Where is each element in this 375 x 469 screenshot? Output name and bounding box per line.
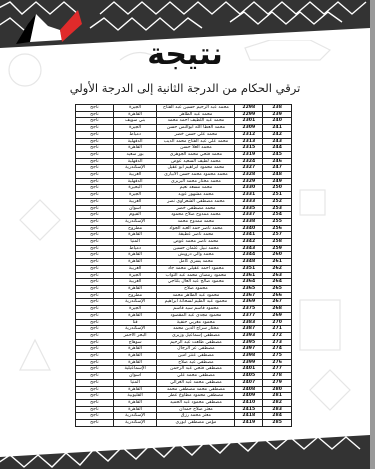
governorate-cell: الدقهلية — [113, 138, 157, 145]
code-cell: 2301 — [235, 118, 263, 125]
code-cell: 2419 — [235, 420, 263, 427]
table-row: 2572341محمد ناصر عطيفةالقاهرةناجح — [76, 232, 292, 239]
governorate-cell: الجيزة — [113, 125, 157, 132]
governorate-cell: القاهرة — [113, 232, 157, 239]
governorate-cell: الغربية — [113, 279, 157, 286]
governorate-cell: الغربية — [113, 198, 157, 205]
name-cell: مصطفى محمد مصطفى محمد — [157, 386, 235, 393]
page-title: نتيجة — [0, 38, 370, 72]
name-cell: محمد والي درويش — [157, 252, 235, 259]
name-cell: مصطفى محمود عبد الحميد — [157, 399, 235, 406]
serial-cell: 271 — [263, 326, 292, 333]
name-cell: مؤمن مصطفى ابوري — [157, 420, 235, 427]
status-cell: ناجح — [76, 406, 114, 413]
serial-cell: 264 — [263, 279, 292, 286]
serial-cell: 267 — [263, 299, 292, 306]
serial-cell: 254 — [263, 212, 292, 219]
code-cell: 2383 — [235, 319, 263, 326]
status-cell: ناجح — [76, 192, 114, 199]
code-cell: 2393 — [235, 332, 263, 339]
name-cell: معتز صلاح حمدان — [157, 406, 235, 413]
name-cell: مصطفى عيد صلاح — [157, 359, 235, 366]
name-cell: مختار سراج الدين محمد — [157, 326, 235, 333]
table-row: 2762399مصطفى عيد صلاحالقاهرةناجح — [76, 359, 292, 366]
governorate-cell: الإسماعيلية — [113, 366, 157, 373]
serial-cell: 242 — [263, 131, 292, 138]
name-cell: محمد عبد اللطيف احمد محمد — [157, 118, 235, 125]
name-cell: محمد مسعد نعيم — [157, 185, 235, 192]
governorate-cell: القاهرة — [113, 312, 157, 319]
status-cell: ناجح — [76, 165, 114, 172]
code-cell: 2330 — [235, 185, 263, 192]
serial-cell: 262 — [263, 265, 292, 272]
code-cell: 2369 — [235, 299, 263, 306]
code-cell: 2375 — [235, 306, 263, 313]
table-row: 2832415معتز صلاح حمدانالقاهرةناجح — [76, 406, 292, 413]
code-cell: 2319 — [235, 151, 263, 158]
code-cell: 2328 — [235, 172, 263, 179]
serial-cell: 240 — [263, 118, 292, 125]
name-cell: محمود عبد الطاهر محمد — [157, 292, 235, 299]
governorate-cell: سوهاج — [113, 339, 157, 346]
status-cell: ناجح — [76, 306, 114, 313]
name-cell: معتز محمد رزق — [157, 413, 235, 420]
table-row: 2852419مؤمن مصطفى ابوريالإسكندريةناجح — [76, 420, 292, 427]
table-row: 2582342محمد ناصر محمد عوضالمنياناجح — [76, 239, 292, 246]
table-row: 2662367محمود عبد الطاهر محمدمطروحناجح — [76, 292, 292, 299]
code-cell: 2313 — [235, 138, 263, 145]
page-subtitle: ترقي الحكام من الدرجة الثانية إلى الدرجة… — [0, 80, 370, 96]
name-cell: مصطفى محمد عبد الغزالي — [157, 379, 235, 386]
governorate-cell: دمياط — [113, 245, 157, 252]
status-cell: ناجح — [76, 326, 114, 333]
name-cell: محمود مجدي عبد المقصود — [157, 312, 235, 319]
name-cell: محمد العلا حسن — [157, 145, 235, 152]
code-cell: 2324 — [235, 158, 263, 165]
governorate-cell: أسوان — [113, 373, 157, 380]
name-cell: مصطفى إسماعيل وزيري — [157, 332, 235, 339]
status-cell: ناجح — [76, 285, 114, 292]
serial-cell: 274 — [263, 346, 292, 353]
governorate-cell: دمياط — [113, 131, 157, 138]
serial-cell: 250 — [263, 185, 292, 192]
table-row: 2442315محمد العلا حسنالقاهرةناجح — [76, 145, 292, 152]
serial-cell: 251 — [263, 192, 292, 199]
code-cell: 2361 — [235, 272, 263, 279]
name-cell: محمد عبد الظاهر — [157, 111, 235, 118]
name-cell: محمد محمود محمد حسن الابياري — [157, 172, 235, 179]
governorate-cell: الجيزة — [113, 306, 157, 313]
code-cell: 2329 — [235, 178, 263, 185]
status-cell: ناجح — [76, 138, 114, 145]
serial-cell: 243 — [263, 138, 292, 145]
governorate-cell: الإسكندرية — [113, 299, 157, 306]
name-cell: محمود رمضان محمد عبد التواب — [157, 272, 235, 279]
table-row: 2682375محمود قاسم سيد قاسمالجيزةناجح — [76, 306, 292, 313]
name-cell: محمد مشهور عويد — [157, 192, 235, 199]
table-row: 2782405مصطفى محمد عليأسوانناجح — [76, 373, 292, 380]
status-cell: ناجح — [76, 172, 114, 179]
serial-cell: 284 — [263, 413, 292, 420]
code-cell: 2342 — [235, 239, 263, 246]
status-cell: ناجح — [76, 279, 114, 286]
name-cell: محمود قاسم سيد قاسم — [157, 306, 235, 313]
table-row: 2742397مصطفى عز الرجالالقاهرةناجح — [76, 346, 292, 353]
table-row: 2592343محمد نبيل عثمان حسيندمياطناجح — [76, 245, 292, 252]
table-row: 2692377محمود مجدي عبد المقصودالقاهرةناجح — [76, 312, 292, 319]
name-cell: مصطفى عز الرجال — [157, 346, 235, 353]
status-cell: ناجح — [76, 105, 114, 112]
status-cell: ناجح — [76, 373, 114, 380]
name-cell: مصطفى عنتر امين — [157, 353, 235, 360]
serial-cell: 246 — [263, 158, 292, 165]
serial-cell: 253 — [263, 205, 292, 212]
code-cell: 2399 — [235, 359, 263, 366]
table-row: 2552338محمد ممدوح محمدالإسكندريةناجح — [76, 218, 292, 225]
status-cell: ناجح — [76, 332, 114, 339]
name-cell: محمد ناصر محمد عوض — [157, 239, 235, 246]
name-cell: محمد ممدوح صلاح محمود — [157, 212, 235, 219]
status-cell: ناجح — [76, 111, 114, 118]
name-cell: محمد لطيف السعيد عوض — [157, 158, 235, 165]
status-cell: ناجح — [76, 252, 114, 259]
governorate-cell: الغربية — [113, 265, 157, 272]
name-cell: محمد علي حسن خضر — [157, 131, 235, 138]
governorate-cell: البحر الأحمر — [113, 332, 157, 339]
serial-cell: 282 — [263, 399, 292, 406]
governorate-cell: القاهرة — [113, 346, 157, 353]
table-row: 2702383محمود مغربي حنفيةقناناجح — [76, 319, 292, 326]
status-cell: ناجح — [76, 393, 114, 400]
table-row: 2532335محمد مصطفى خضرأسوانناجح — [76, 205, 292, 212]
serial-cell: 281 — [263, 393, 292, 400]
table-row: 2752398مصطفى عنتر امينالقاهرةناجح — [76, 353, 292, 360]
table-row: 2412309محمد العطا الله ابوالنس حسنالجيزة… — [76, 125, 292, 132]
status-cell: ناجح — [76, 259, 114, 266]
code-cell: 2367 — [235, 292, 263, 299]
governorate-cell: القاهرة — [113, 111, 157, 118]
serial-cell: 273 — [263, 339, 292, 346]
governorate-cell: الغربية — [113, 172, 157, 179]
governorate-cell: الجيزة — [113, 192, 157, 199]
code-cell: 2344 — [235, 252, 263, 259]
serial-cell: 268 — [263, 306, 292, 313]
serial-cell: 263 — [263, 272, 292, 279]
governorate-cell: قنا — [113, 319, 157, 326]
table-row: 2632361محمود رمضان محمد عبد التوابالجيزة… — [76, 272, 292, 279]
governorate-cell: الإسكندرية — [113, 413, 157, 420]
governorate-cell: الجيزة — [113, 105, 157, 112]
serial-cell: 247 — [263, 165, 292, 172]
governorate-cell: الإسكندرية — [113, 420, 157, 427]
code-cell: 2315 — [235, 145, 263, 152]
serial-cell: 270 — [263, 319, 292, 326]
code-cell: 2341 — [235, 232, 263, 239]
table-row: 2522333محمد مصطفى الشعراوي نصرالغربيةناج… — [76, 198, 292, 205]
serial-cell: 276 — [263, 359, 292, 366]
serial-cell: 272 — [263, 332, 292, 339]
status-cell: ناجح — [76, 131, 114, 138]
status-cell: ناجح — [76, 386, 114, 393]
table-row: 2502330محمد مسعد نعيمالبحيرةناجح — [76, 185, 292, 192]
governorate-cell: بور سعيد — [113, 151, 157, 158]
table-row: 2822410مصطفى محمود عبد الحميدالقاهرةناجح — [76, 399, 292, 406]
governorate-cell: القاهرة — [113, 252, 157, 259]
governorate-cell: مطروح — [113, 292, 157, 299]
name-cell: محمد يسري كامل — [157, 259, 235, 266]
code-cell: 2415 — [235, 406, 263, 413]
governorate-cell: القاهرة — [113, 359, 157, 366]
status-cell: ناجح — [76, 118, 114, 125]
table-row: 2602344محمد والي درويشالقاهرةناجح — [76, 252, 292, 259]
governorate-cell: أسوان — [113, 205, 157, 212]
table-row: 2772401مصطفى فتحي عبد الرحمنالإسماعيليةن… — [76, 366, 292, 373]
code-cell: 2335 — [235, 205, 263, 212]
name-cell: مصطفى محمد علي — [157, 373, 235, 380]
serial-cell: 260 — [263, 252, 292, 259]
code-cell: 2401 — [235, 366, 263, 373]
name-cell: محمد العطا الله ابوالنس حسن — [157, 125, 235, 132]
code-cell: 2312 — [235, 131, 263, 138]
status-cell: ناجح — [76, 319, 114, 326]
serial-cell: 256 — [263, 225, 292, 232]
code-cell: 2331 — [235, 192, 263, 199]
status-cell: ناجح — [76, 212, 114, 219]
status-cell: ناجح — [76, 272, 114, 279]
status-cell: ناجح — [76, 151, 114, 158]
governorate-cell: بني سويف — [113, 118, 157, 125]
code-cell: 2418 — [235, 413, 263, 420]
status-cell: ناجح — [76, 292, 114, 299]
document-page: نتيجة ترقي الحكام من الدرجة الثانية إلى … — [0, 0, 370, 469]
serial-cell: 283 — [263, 406, 292, 413]
serial-cell: 252 — [263, 198, 292, 205]
table-row: 2452319محمد فتحي محمد الجوهريبور سعيدناج… — [76, 151, 292, 158]
table-row: 2802408مصطفى محمد مصطفى محمدالقاهرةناجح — [76, 386, 292, 393]
table-row: 2792407مصطفى محمد عبد الغزاليالمنياناجح — [76, 379, 292, 386]
serial-cell: 249 — [263, 178, 292, 185]
status-cell: ناجح — [76, 158, 114, 165]
code-cell: 2299 — [235, 111, 263, 118]
name-cell: محمد محمود ابراهيم ابو عقيل — [157, 165, 235, 172]
code-cell: 2338 — [235, 218, 263, 225]
table-row: 2652365محمود صلاحالقاهرةناجح — [76, 285, 292, 292]
name-cell: محمد ناصر حمد العبد الجواد — [157, 225, 235, 232]
table-row: 2732395مصطفى طلعت عبد الرحيمسوهاجناجح — [76, 339, 292, 346]
status-cell: ناجح — [76, 399, 114, 406]
table-row: 2672369محمود عبد الظيم لسحاتة ابراهيمالإ… — [76, 299, 292, 306]
code-cell: 2343 — [235, 245, 263, 252]
status-cell: ناجح — [76, 413, 114, 420]
code-cell: 2333 — [235, 198, 263, 205]
name-cell: مصطفى فتحي عبد الرحمن — [157, 366, 235, 373]
governorate-cell: الفيوم — [113, 212, 157, 219]
code-cell: 2395 — [235, 339, 263, 346]
name-cell: محمود احمد عقيلي محمد جاد — [157, 265, 235, 272]
serial-cell: 261 — [263, 259, 292, 266]
serial-cell: 266 — [263, 292, 292, 299]
code-cell: 2337 — [235, 212, 263, 219]
code-cell: 2364 — [235, 279, 263, 286]
code-cell: 2409 — [235, 393, 263, 400]
serial-cell: 257 — [263, 232, 292, 239]
status-cell: ناجح — [76, 265, 114, 272]
serial-cell: 245 — [263, 151, 292, 158]
name-cell: محمود صالح عبد العال بلتاجي — [157, 279, 235, 286]
table-row: 2472327محمد محمود ابراهيم ابو عقيلالإسكن… — [76, 165, 292, 172]
governorate-cell: الجيزة — [113, 272, 157, 279]
governorate-cell: القاهرة — [113, 406, 157, 413]
status-cell: ناجح — [76, 239, 114, 246]
name-cell: مصطفى طلعت عبد الرحيم — [157, 339, 235, 346]
status-cell: ناجح — [76, 312, 114, 319]
code-cell: 2387 — [235, 326, 263, 333]
code-cell: 2407 — [235, 379, 263, 386]
status-cell: ناجح — [76, 346, 114, 353]
governorate-cell: القاهرة — [113, 145, 157, 152]
table-row: 2842418معتز محمد رزقالإسكندريةناجح — [76, 413, 292, 420]
table-row: 2542337محمد ممدوح صلاح محمودالفيومناجح — [76, 212, 292, 219]
status-cell: ناجح — [76, 245, 114, 252]
status-cell: ناجح — [76, 232, 114, 239]
status-cell: ناجح — [76, 366, 114, 373]
governorate-cell: القاهرة — [113, 386, 157, 393]
governorate-cell: المنيا — [113, 239, 157, 246]
code-cell: 2351 — [235, 265, 263, 272]
code-cell: 2405 — [235, 373, 263, 380]
serial-cell: 238 — [263, 105, 292, 112]
table-row: 2392299محمد عبد الظاهرالقاهرةناجح — [76, 111, 292, 118]
code-cell: 2398 — [235, 353, 263, 360]
status-cell: ناجح — [76, 379, 114, 386]
name-cell: محمد فتحي محمد الجوهري — [157, 151, 235, 158]
governorate-cell: القاهرة — [113, 399, 157, 406]
status-cell: ناجح — [76, 178, 114, 185]
table-row: 2422312محمد علي حسن خضردمياطناجح — [76, 131, 292, 138]
status-cell: ناجح — [76, 225, 114, 232]
code-cell: 2365 — [235, 285, 263, 292]
code-cell: 2397 — [235, 346, 263, 353]
status-cell: ناجح — [76, 353, 114, 360]
governorate-cell: المنيا — [113, 379, 157, 386]
code-cell: 2408 — [235, 386, 263, 393]
serial-cell: 278 — [263, 373, 292, 380]
table-row: 2642364محمود صالح عبد العال بلتاجيالغربي… — [76, 279, 292, 286]
table-row: 2482328محمد محمود محمد حسن الابياريالغرب… — [76, 172, 292, 179]
status-cell: ناجح — [76, 198, 114, 205]
name-cell: محمد نبيل عثمان حسين — [157, 245, 235, 252]
code-cell: 2340 — [235, 225, 263, 232]
governorate-cell: مطروح — [113, 225, 157, 232]
table-row: 2612348محمد يسري كاملالقاهرةناجح — [76, 259, 292, 266]
table-row: 2382298محمد عبد الرحيم حسين عبد الفتاحال… — [76, 105, 292, 112]
code-cell: 2348 — [235, 259, 263, 266]
code-cell: 2327 — [235, 165, 263, 172]
name-cell: محمد مصطفى خضر — [157, 205, 235, 212]
serial-cell: 265 — [263, 285, 292, 292]
table-row: 2512331محمد مشهور عويدالجيزةناجح — [76, 192, 292, 199]
serial-cell: 269 — [263, 312, 292, 319]
table-row: 2562340محمد ناصر حمد العبد الجوادمطروحنا… — [76, 225, 292, 232]
vertical-scrollbar[interactable] — [370, 0, 375, 469]
table-row: 2622351محمود احمد عقيلي محمد جادالغربيةن… — [76, 265, 292, 272]
serial-cell: 255 — [263, 218, 292, 225]
name-cell: محمد مصطفى الشعراوي نصر — [157, 198, 235, 205]
code-cell: 2298 — [235, 105, 263, 112]
name-cell: مصطفى محمود مطاوع عطر — [157, 393, 235, 400]
governorate-cell: الدقهلية — [113, 158, 157, 165]
results-table: 2382298محمد عبد الرحيم حسين عبد الفتاحال… — [75, 104, 292, 427]
governorate-cell: القليوبية — [113, 393, 157, 400]
table-row: 2492329محمد مختار محمد البربريالدقهليةنا… — [76, 178, 292, 185]
table-row: 2432313محمد علي عبد الفتاح محمد الديبالد… — [76, 138, 292, 145]
name-cell: محمد ناصر عطيفة — [157, 232, 235, 239]
status-cell: ناجح — [76, 125, 114, 132]
status-cell: ناجح — [76, 218, 114, 225]
governorate-cell: القاهرة — [113, 259, 157, 266]
governorate-cell: البحيرة — [113, 185, 157, 192]
name-cell: محمد علي عبد الفتاح محمد الديب — [157, 138, 235, 145]
serial-cell: 279 — [263, 379, 292, 386]
code-cell: 2377 — [235, 312, 263, 319]
table-row: 2402301محمد عبد اللطيف احمد محمدبني سويف… — [76, 118, 292, 125]
name-cell: محمد ممدوح محمد — [157, 218, 235, 225]
governorate-cell: القاهرة — [113, 285, 157, 292]
serial-cell: 244 — [263, 145, 292, 152]
serial-cell: 239 — [263, 111, 292, 118]
name-cell: محمد مختار محمد البربري — [157, 178, 235, 185]
table-row: 2812409مصطفى محمود مطاوع عطرالقليوبيةناج… — [76, 393, 292, 400]
table-row: 2462324محمد لطيف السعيد عوضالدقهليةناجح — [76, 158, 292, 165]
status-cell: ناجح — [76, 185, 114, 192]
status-cell: ناجح — [76, 339, 114, 346]
governorate-cell: الإسكندرية — [113, 326, 157, 333]
governorate-cell: القاهرة — [113, 353, 157, 360]
serial-cell: 248 — [263, 172, 292, 179]
status-cell: ناجح — [76, 299, 114, 306]
governorate-cell: الإسكندرية — [113, 218, 157, 225]
name-cell: محمود صلاح — [157, 285, 235, 292]
serial-cell: 285 — [263, 420, 292, 427]
name-cell: محمود مغربي حنفية — [157, 319, 235, 326]
name-cell: محمد عبد الرحيم حسين عبد الفتاح — [157, 105, 235, 112]
serial-cell: 280 — [263, 386, 292, 393]
serial-cell: 277 — [263, 366, 292, 373]
code-cell: 2309 — [235, 125, 263, 132]
serial-cell: 259 — [263, 245, 292, 252]
name-cell: محمود عبد الظيم لسحاتة ابراهيم — [157, 299, 235, 306]
status-cell: ناجح — [76, 359, 114, 366]
status-cell: ناجح — [76, 420, 114, 427]
governorate-cell: الدقهلية — [113, 178, 157, 185]
governorate-cell: الإسكندرية — [113, 165, 157, 172]
code-cell: 2410 — [235, 399, 263, 406]
serial-cell: 258 — [263, 239, 292, 246]
table-row: 2722393مصطفى إسماعيل وزيريالبحر الأحمرنا… — [76, 332, 292, 339]
table-row: 2712387مختار سراج الدين محمدالإسكندريةنا… — [76, 326, 292, 333]
status-cell: ناجح — [76, 205, 114, 212]
serial-cell: 241 — [263, 125, 292, 132]
bottom-decorative-band — [0, 435, 370, 469]
serial-cell: 275 — [263, 353, 292, 360]
status-cell: ناجح — [76, 145, 114, 152]
